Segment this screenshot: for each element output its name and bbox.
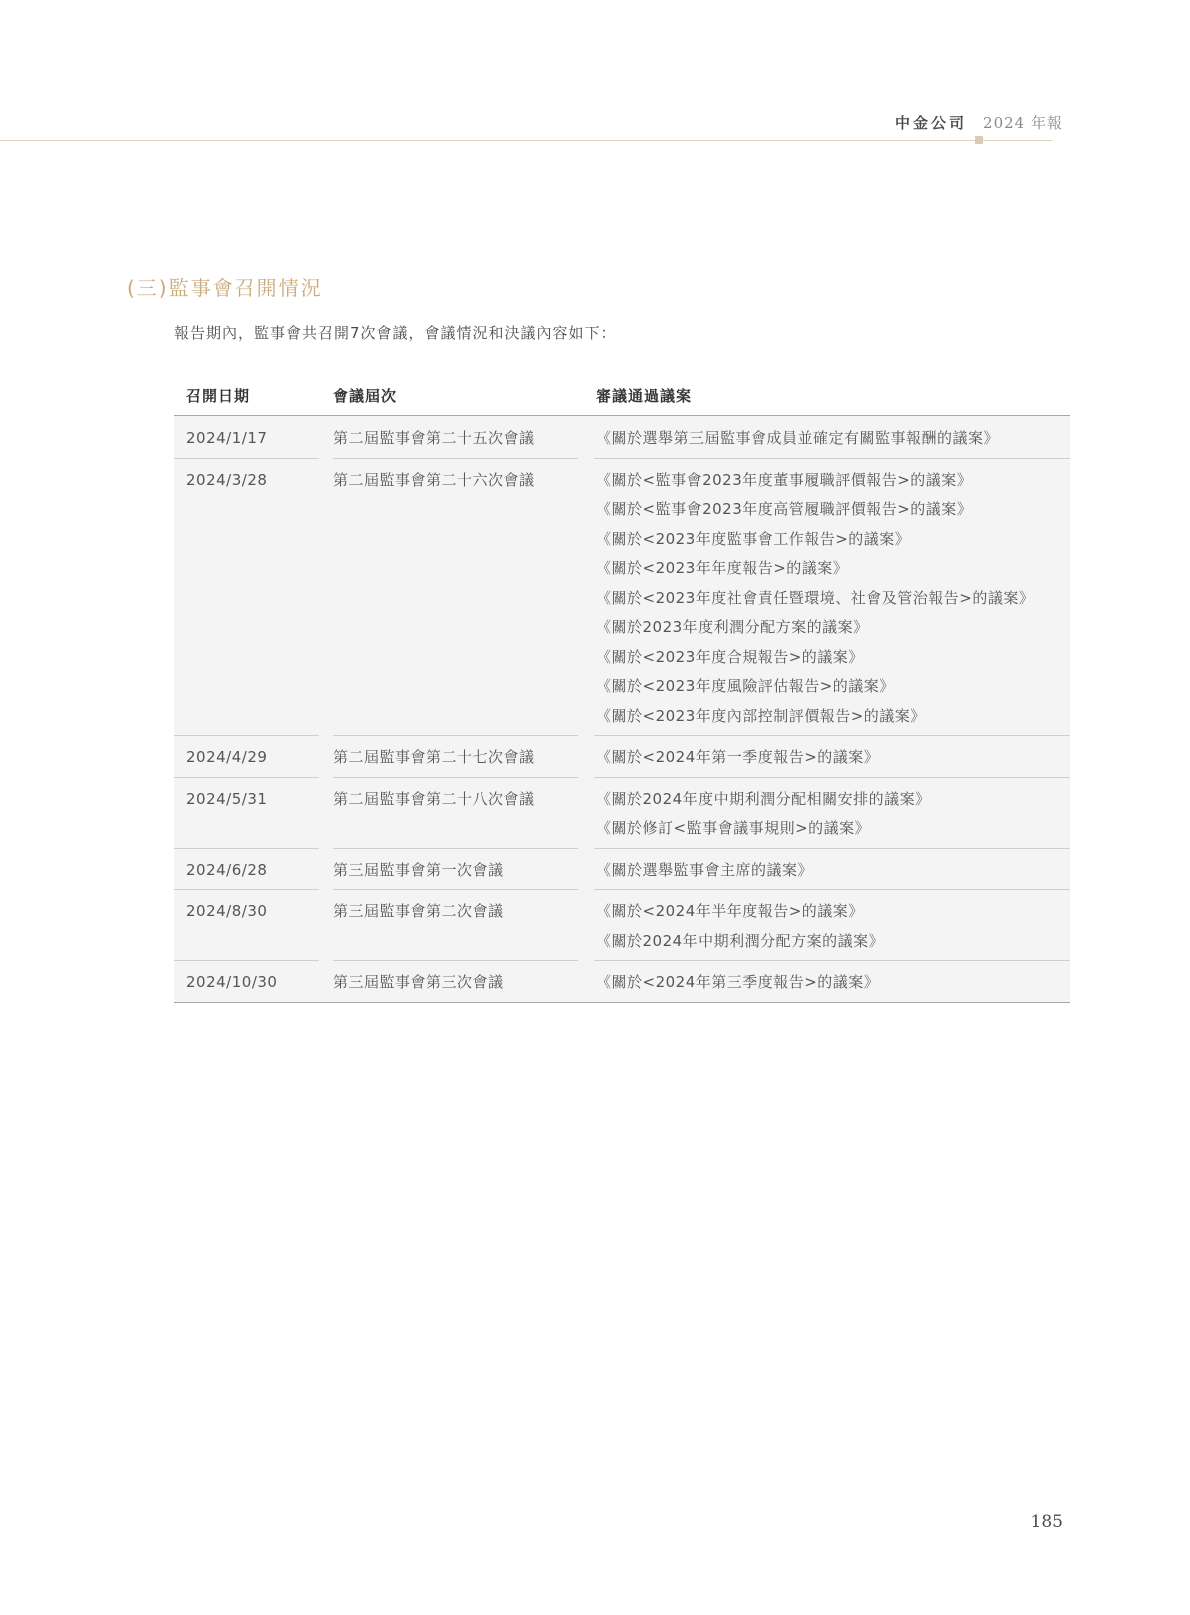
motion-item: 《關於<2023年度社會責任暨環境、社會及管治報告>的議案》 <box>596 584 1044 614</box>
report-year: 2024 年報 <box>983 112 1063 133</box>
company-name: 中金公司 <box>895 112 967 133</box>
motion-item: 《關於2024年度中期利潤分配相關安排的議案》 <box>596 785 1070 815</box>
section-title: (三)監事會召開情況 <box>127 272 323 301</box>
table-row: 2024/1/17 第二屆監事會第二十五次會議 《關於選舉第三屆監事會成員並確定… <box>174 416 1070 458</box>
table-row: 2024/5/31 第二屆監事會第二十八次會議 《關於2024年度中期利潤分配相… <box>174 777 1070 848</box>
motion-item: 《關於<2023年度合規報告>的議案》 <box>596 643 1070 673</box>
motion-item: 《關於<2023年度風險評估報告>的議案》 <box>596 672 1070 702</box>
cell-motions: 《關於<2024年第三季度報告>的議案》 <box>590 960 1070 1002</box>
motion-item: 《關於2023年度利潤分配方案的議案》 <box>596 613 1070 643</box>
table-row: 2024/3/28 第二屆監事會第二十六次會議 《關於<監事會2023年度董事履… <box>174 458 1070 736</box>
cell-motions: 《關於選舉監事會主席的議案》 <box>590 848 1070 890</box>
column-header-date: 召開日期 <box>174 385 327 406</box>
motion-item: 《關於<2023年度內部控制評價報告>的議案》 <box>596 702 1070 732</box>
cell-session: 第二屆監事會第二十七次會議 <box>327 735 590 777</box>
motion-item: 《關於選舉第三屆監事會成員並確定有關監事報酬的議案》 <box>596 424 1070 454</box>
intro-paragraph: 報告期內，監事會共召開7次會議，會議情況和決議內容如下： <box>174 322 617 343</box>
motion-item: 《關於<2024年第一季度報告>的議案》 <box>596 743 1070 773</box>
cell-session: 第三屆監事會第三次會議 <box>327 960 590 1002</box>
cell-date: 2024/6/28 <box>174 848 327 890</box>
meetings-table: 召開日期 會議屆次 審議通過議案 2024/1/17 第二屆監事會第二十五次會議… <box>174 376 1070 1003</box>
motion-item: 《關於<2023年度監事會工作報告>的議案》 <box>596 525 1070 555</box>
running-header: 中金公司 2024 年報 <box>895 112 1063 133</box>
cell-motions: 《關於<監事會2023年度董事履職評價報告>的議案》 《關於<監事會2023年度… <box>590 458 1070 736</box>
cell-session: 第二屆監事會第二十六次會議 <box>327 458 590 736</box>
table-row: 2024/4/29 第二屆監事會第二十七次會議 《關於<2024年第一季度報告>… <box>174 735 1070 777</box>
column-header-motions: 審議通過議案 <box>590 385 1070 406</box>
table-header: 召開日期 會議屆次 審議通過議案 <box>174 376 1070 416</box>
cell-date: 2024/3/28 <box>174 458 327 736</box>
cell-date: 2024/8/30 <box>174 889 327 960</box>
motion-item: 《關於修訂<監事會議事規則>的議案》 <box>596 814 1070 844</box>
header-rule <box>0 140 1052 141</box>
motion-item: 《關於2024年中期利潤分配方案的議案》 <box>596 927 1070 957</box>
header-marker-square <box>975 136 983 144</box>
cell-motions: 《關於選舉第三屆監事會成員並確定有關監事報酬的議案》 <box>590 416 1070 458</box>
motion-item: 《關於<監事會2023年度董事履職評價報告>的議案》 <box>596 466 1070 496</box>
cell-motions: 《關於<2024年第一季度報告>的議案》 <box>590 735 1070 777</box>
cell-session: 第三屆監事會第一次會議 <box>327 848 590 890</box>
motion-item: 《關於<2024年第三季度報告>的議案》 <box>596 968 1070 998</box>
table-row: 2024/10/30 第三屆監事會第三次會議 《關於<2024年第三季度報告>的… <box>174 960 1070 1002</box>
cell-motions: 《關於<2024年半年度報告>的議案》 《關於2024年中期利潤分配方案的議案》 <box>590 889 1070 960</box>
cell-date: 2024/10/30 <box>174 960 327 1002</box>
cell-session: 第二屆監事會第二十五次會議 <box>327 416 590 458</box>
motion-item: 《關於<2023年年度報告>的議案》 <box>596 554 1070 584</box>
cell-motions: 《關於2024年度中期利潤分配相關安排的議案》 《關於修訂<監事會議事規則>的議… <box>590 777 1070 848</box>
table-row: 2024/6/28 第三屆監事會第一次會議 《關於選舉監事會主席的議案》 <box>174 848 1070 890</box>
table-row: 2024/8/30 第三屆監事會第二次會議 《關於<2024年半年度報告>的議案… <box>174 889 1070 960</box>
table-body: 2024/1/17 第二屆監事會第二十五次會議 《關於選舉第三屆監事會成員並確定… <box>174 416 1070 1003</box>
page-number: 185 <box>1031 1512 1063 1532</box>
cell-session: 第二屆監事會第二十八次會議 <box>327 777 590 848</box>
cell-date: 2024/4/29 <box>174 735 327 777</box>
column-header-session: 會議屆次 <box>327 385 590 406</box>
motion-item: 《關於<監事會2023年度高管履職評價報告>的議案》 <box>596 495 1070 525</box>
motion-item: 《關於<2024年半年度報告>的議案》 <box>596 897 1070 927</box>
motion-item: 《關於選舉監事會主席的議案》 <box>596 856 1070 886</box>
cell-date: 2024/5/31 <box>174 777 327 848</box>
cell-session: 第三屆監事會第二次會議 <box>327 889 590 960</box>
cell-date: 2024/1/17 <box>174 416 327 458</box>
